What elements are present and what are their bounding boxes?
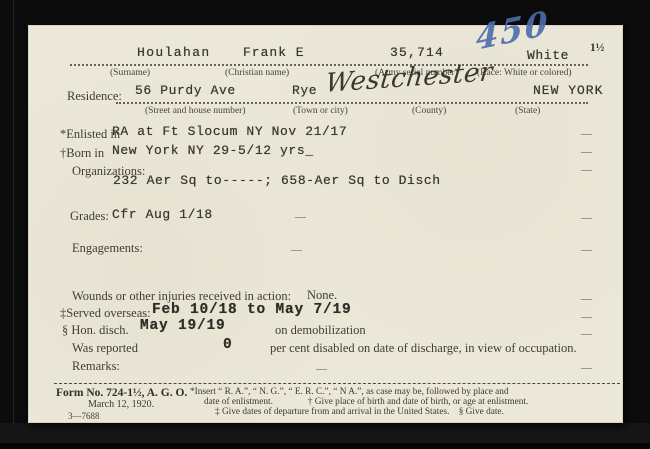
honorable-discharge-suffix: on demobilization bbox=[275, 323, 366, 338]
rule-under-residence-row bbox=[116, 102, 588, 104]
scanner-mat-bottom-edge bbox=[0, 443, 650, 449]
footer-rule bbox=[54, 383, 620, 384]
footnote-line-3: ‡ Give dates of departure from and arriv… bbox=[215, 407, 504, 417]
residence-label: Residence: bbox=[67, 89, 122, 104]
blank-dash: — bbox=[581, 128, 592, 140]
born-label: †Born in bbox=[60, 146, 104, 161]
form-date: March 12, 1920. bbox=[88, 399, 154, 410]
rule-under-name-row bbox=[70, 64, 588, 66]
surname-value: Houlahan bbox=[137, 45, 211, 60]
service-record-card: Houlahan Frank E 35,714 450 White 1½ (Su… bbox=[28, 25, 623, 423]
blank-dash: — bbox=[581, 212, 592, 224]
footnote-line-1: *Insert “ R. A.”, “ N. G.”, “ E. R. C.”,… bbox=[190, 387, 509, 397]
christian-name-value: Frank E bbox=[243, 45, 305, 60]
honorable-discharge-label: § Hon. disch. bbox=[62, 323, 129, 338]
blank-dash: — bbox=[581, 362, 592, 374]
engagements-label: Engagements: bbox=[72, 241, 143, 256]
race-value: White bbox=[527, 48, 569, 63]
blank-dash: — bbox=[581, 146, 592, 158]
surname-label: (Surname) bbox=[110, 68, 150, 78]
was-reported-label: Was reported bbox=[72, 341, 138, 356]
honorable-discharge-value: May 19/19 bbox=[140, 318, 226, 334]
remarks-label: Remarks: bbox=[72, 359, 120, 374]
born-value: New York NY 29-5/12 yrs_ bbox=[112, 143, 314, 158]
town-label: (Town or city) bbox=[293, 106, 348, 116]
grades-label: Grades: bbox=[70, 209, 109, 224]
serial-number-value: 35,714 bbox=[390, 45, 444, 60]
corner-mark: 1½ bbox=[590, 42, 604, 54]
footnote-line-2: date of enlistment. † Give place of birt… bbox=[204, 397, 528, 407]
disability-percent-value: 0 bbox=[223, 337, 233, 353]
print-code: 3—7688 bbox=[68, 411, 100, 421]
blank-dash: — bbox=[581, 293, 592, 305]
state-value: NEW YORK bbox=[533, 83, 603, 98]
blank-dash: — bbox=[581, 311, 592, 323]
was-reported-suffix: per cent disabled on date of discharge, … bbox=[270, 341, 577, 356]
county-label: (County) bbox=[412, 106, 446, 116]
street-value: 56 Purdy Ave bbox=[135, 83, 236, 98]
street-label: (Street and house number) bbox=[145, 106, 246, 116]
blank-dash: — bbox=[295, 211, 306, 223]
enlisted-value: RA at Ft Slocum NY Nov 21/17 bbox=[112, 124, 347, 139]
form-number: Form No. 724-1½, A. G. O. bbox=[56, 387, 187, 399]
scanner-mat-seam bbox=[13, 0, 14, 449]
grades-value: Cfr Aug 1/18 bbox=[112, 207, 213, 222]
blank-dash: — bbox=[581, 164, 592, 176]
blank-dash: — bbox=[581, 328, 592, 340]
wounds-value: None. bbox=[307, 288, 337, 303]
christian-name-label: (Christian name) bbox=[225, 68, 289, 78]
blank-dash: — bbox=[581, 244, 592, 256]
blank-dash: — bbox=[291, 244, 302, 256]
town-value: Rye bbox=[292, 83, 317, 98]
served-overseas-value: Feb 10/18 to May 7/19 bbox=[152, 302, 352, 318]
state-label: (State) bbox=[515, 106, 540, 116]
blank-dash: — bbox=[316, 363, 327, 375]
organizations-value: 232 Aer Sq to-----; 658-Aer Sq to Disch bbox=[113, 173, 441, 188]
served-overseas-label: ‡Served overseas: bbox=[60, 306, 151, 321]
